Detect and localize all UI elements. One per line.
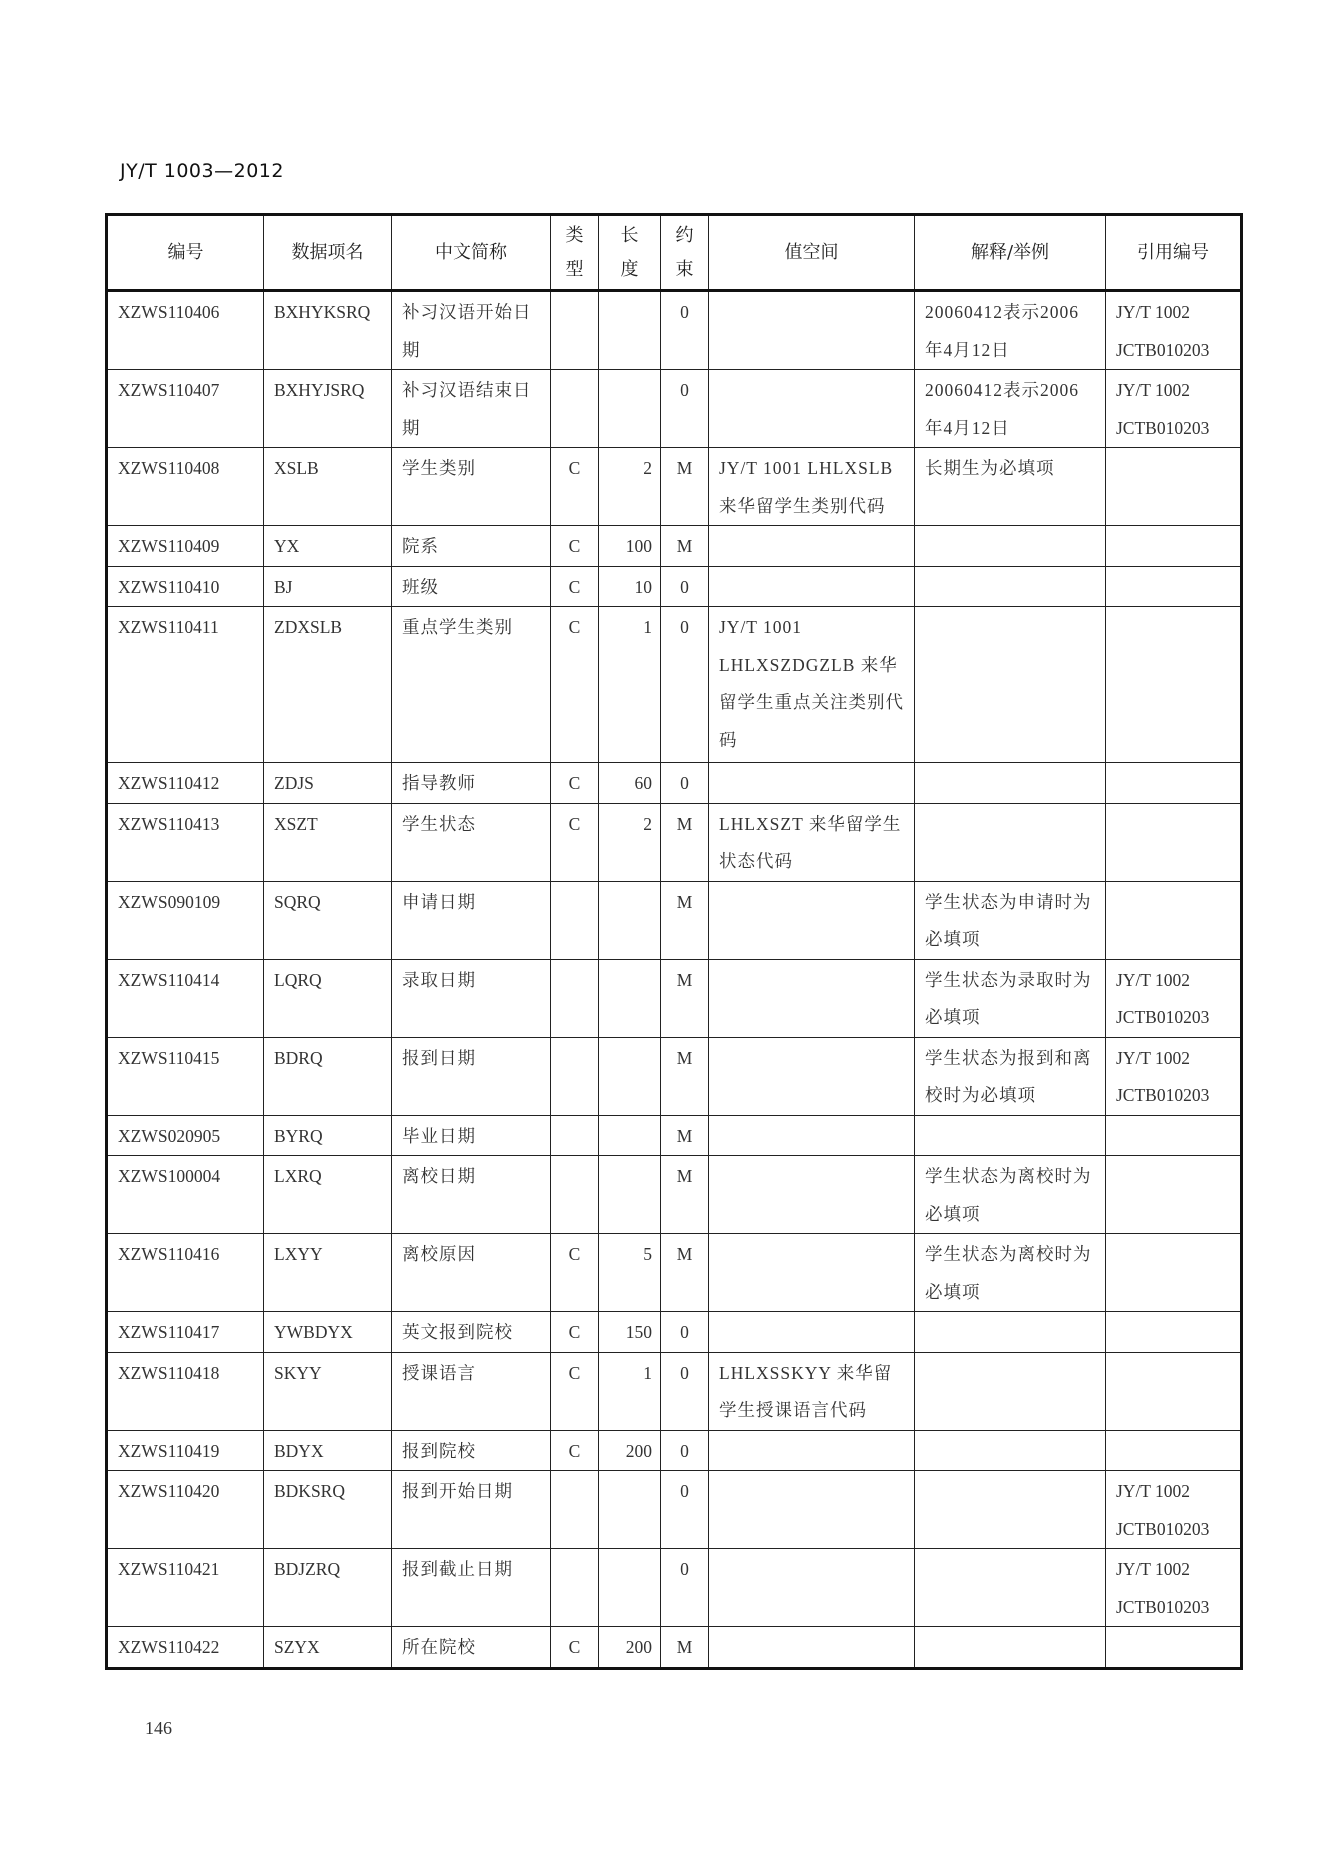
cell-type [551,1549,599,1627]
cell-name: XSLB [264,448,392,526]
column-header-constraint: 约束 [661,215,709,291]
cell-constraint-text: M [661,1156,708,1196]
cell-type-text [551,1038,598,1040]
cell-value-space [709,1037,915,1115]
cell-reference [1106,526,1242,567]
cell-explanation [915,1471,1106,1549]
cell-name: BDKSRQ [264,1471,392,1549]
cell-length: 5 [599,1234,661,1312]
column-header-length: 长度 [599,215,661,291]
cell-id-text: XZWS110418 [108,1353,263,1393]
cell-length-text: 1 [599,607,660,647]
cell-type [551,1115,599,1156]
cell-reference: JY/T 1002 JCTB010203 [1106,370,1242,448]
cell-length [599,1037,661,1115]
cell-name: YX [264,526,392,567]
table-row: XZWS110420BDKSRQ报到开始日期0JY/T 1002 JCTB010… [107,1471,1242,1549]
cell-name: BDRQ [264,1037,392,1115]
cell-constraint: 0 [661,1430,709,1471]
cell-chinese-name-text: 离校日期 [392,1156,550,1196]
cell-explanation [915,1352,1106,1430]
cell-name-text: LXRQ [264,1156,391,1196]
cell-explanation-text: 学生状态为申请时为必填项 [915,882,1105,959]
cell-name-text: LXYY [264,1234,391,1274]
table-row: XZWS020905BYRQ毕业日期M [107,1115,1242,1156]
cell-length-text: 200 [599,1627,660,1667]
cell-explanation [915,1430,1106,1471]
cell-value-space-text [709,1549,914,1551]
cell-type-text: C [551,763,598,803]
cell-reference-text [1106,1312,1240,1314]
cell-chinese-name: 班级 [392,566,551,607]
cell-length-text [599,1038,660,1040]
cell-id: XZWS110419 [107,1430,264,1471]
cell-chinese-name: 补习汉语开始日期 [392,291,551,370]
cell-chinese-name-text: 录取日期 [392,960,550,1000]
cell-constraint: 0 [661,291,709,370]
cell-name: BXHYKSRQ [264,291,392,370]
cell-type: C [551,1430,599,1471]
cell-value-space-text [709,882,914,884]
cell-chinese-name: 学生状态 [392,803,551,881]
cell-id-text: XZWS110407 [108,370,263,410]
cell-constraint: M [661,881,709,959]
cell-chinese-name-text: 英文报到院校 [392,1312,550,1352]
cell-constraint-text: 0 [661,1471,708,1511]
cell-reference-text: JY/T 1002 JCTB010203 [1106,370,1240,447]
cell-value-space-text: LHLXSZT 来华留学生状态代码 [709,804,914,881]
cell-type [551,370,599,448]
cell-chinese-name-text: 报到开始日期 [392,1471,550,1511]
cell-type-text [551,370,598,372]
cell-id: XZWS110414 [107,959,264,1037]
cell-id: XZWS100004 [107,1156,264,1234]
cell-name-text: BDRQ [264,1038,391,1078]
cell-type-text [551,1549,598,1551]
cell-value-space [709,881,915,959]
table-row: XZWS110407BXHYJSRQ补习汉语结束日期020060412表示200… [107,370,1242,448]
cell-value-space [709,959,915,1037]
cell-length-text [599,1549,660,1551]
cell-id: XZWS110408 [107,448,264,526]
cell-reference [1106,803,1242,881]
table-row: XZWS110418SKYY授课语言C10LHLXSSKYY 来华留学生授课语言… [107,1352,1242,1430]
cell-explanation [915,526,1106,567]
cell-value-space-text [709,1116,914,1118]
cell-reference [1106,448,1242,526]
cell-type: C [551,526,599,567]
cell-name: BXHYJSRQ [264,370,392,448]
cell-chinese-name: 报到截止日期 [392,1549,551,1627]
cell-explanation-text [915,1312,1105,1314]
cell-value-space: JY/T 1001 LHLXSZDGZLB 来华留学生重点关注类别代码 [709,607,915,763]
cell-constraint: M [661,526,709,567]
cell-name-text: ZDXSLB [264,607,391,647]
cell-length-text: 2 [599,448,660,488]
cell-id: XZWS110416 [107,1234,264,1312]
cell-explanation [915,1115,1106,1156]
cell-explanation [915,566,1106,607]
column-header-id: 编号 [107,215,264,291]
cell-explanation-text: 20060412表示2006年4月12日 [915,292,1105,369]
cell-type [551,959,599,1037]
cell-explanation: 学生状态为离校时为必填项 [915,1234,1106,1312]
cell-name-text: BXHYJSRQ [264,370,391,410]
cell-constraint: 0 [661,1352,709,1430]
cell-reference-text [1106,804,1240,806]
cell-reference [1106,763,1242,804]
cell-id-text: XZWS110412 [108,763,263,803]
cell-length [599,1156,661,1234]
cell-id-text: XZWS110406 [108,292,263,332]
table-row: XZWS100004LXRQ离校日期M学生状态为离校时为必填项 [107,1156,1242,1234]
cell-reference: JY/T 1002 JCTB010203 [1106,1549,1242,1627]
cell-name: SKYY [264,1352,392,1430]
table-row: XZWS110416LXYY离校原因C5M学生状态为离校时为必填项 [107,1234,1242,1312]
cell-length-text: 10 [599,567,660,607]
cell-length-text [599,960,660,962]
cell-id: XZWS110411 [107,607,264,763]
cell-id: XZWS110421 [107,1549,264,1627]
cell-id: XZWS020905 [107,1115,264,1156]
cell-explanation-text [915,1549,1105,1551]
header-line: 类 [566,225,584,246]
cell-explanation-text: 学生状态为离校时为必填项 [915,1234,1105,1311]
cell-id: XZWS110410 [107,566,264,607]
cell-chinese-name-text: 学生类别 [392,448,550,488]
cell-chinese-name: 离校日期 [392,1156,551,1234]
cell-length [599,1471,661,1549]
cell-explanation: 20060412表示2006年4月12日 [915,370,1106,448]
cell-constraint: 0 [661,566,709,607]
table-header-row: 编号 数据项名 中文简称 类型 长度 约束 值空间 解释/举例 引用编号 [107,215,1242,291]
cell-type-text [551,1471,598,1473]
cell-type [551,1037,599,1115]
cell-id: XZWS090109 [107,881,264,959]
cell-id-text: XZWS110408 [108,448,263,488]
cell-value-space-text [709,763,914,765]
table-row: XZWS110422SZYX所在院校C200M [107,1627,1242,1669]
cell-type-text: C [551,567,598,607]
cell-length [599,370,661,448]
cell-length-text [599,292,660,294]
cell-id-text: XZWS110421 [108,1549,263,1589]
cell-type: C [551,566,599,607]
cell-value-space-text: JY/T 1001 LHLXSLB 来华留学生类别代码 [709,448,914,525]
cell-type: C [551,448,599,526]
cell-chinese-name: 毕业日期 [392,1115,551,1156]
cell-explanation: 学生状态为录取时为必填项 [915,959,1106,1037]
cell-chinese-name-text: 补习汉语结束日期 [392,370,550,447]
cell-value-space-text [709,1038,914,1040]
cell-value-space: LHLXSZT 来华留学生状态代码 [709,803,915,881]
cell-chinese-name: 录取日期 [392,959,551,1037]
cell-chinese-name-text: 报到院校 [392,1431,550,1471]
cell-type [551,1471,599,1549]
cell-reference-text: JY/T 1002 JCTB010203 [1106,960,1240,1037]
cell-chinese-name-text: 院系 [392,526,550,566]
cell-name-text: SQRQ [264,882,391,922]
cell-reference-text [1106,882,1240,884]
cell-name-text: XSZT [264,804,391,844]
cell-type: C [551,1627,599,1669]
cell-chinese-name: 所在院校 [392,1627,551,1669]
cell-type-text: C [551,1312,598,1352]
cell-value-space [709,526,915,567]
cell-reference [1106,1352,1242,1430]
cell-chinese-name: 报到院校 [392,1430,551,1471]
cell-constraint: 0 [661,763,709,804]
cell-chinese-name-text: 补习汉语开始日期 [392,292,550,369]
cell-chinese-name-text: 报到日期 [392,1038,550,1078]
cell-value-space [709,1430,915,1471]
cell-length: 2 [599,448,661,526]
cell-name-text: ZDJS [264,763,391,803]
cell-constraint-text: M [661,1116,708,1156]
cell-reference [1106,1115,1242,1156]
cell-chinese-name: 学生类别 [392,448,551,526]
cell-reference: JY/T 1002 JCTB010203 [1106,1037,1242,1115]
cell-constraint-text: 0 [661,1353,708,1393]
cell-id-text: XZWS110420 [108,1471,263,1511]
cell-length: 1 [599,607,661,763]
column-header-reference: 引用编号 [1106,215,1242,291]
cell-length: 200 [599,1627,661,1669]
cell-value-space-text [709,370,914,372]
cell-explanation-text [915,1471,1105,1473]
cell-constraint-text: 0 [661,1431,708,1471]
cell-id-text: XZWS110411 [108,607,263,647]
cell-id: XZWS110407 [107,370,264,448]
cell-reference [1106,881,1242,959]
cell-reference: JY/T 1002 JCTB010203 [1106,1471,1242,1549]
cell-reference-text [1106,526,1240,528]
cell-value-space [709,1115,915,1156]
cell-constraint: M [661,1115,709,1156]
header-line: 长 [621,225,639,246]
cell-value-space: JY/T 1001 LHLXSLB 来华留学生类别代码 [709,448,915,526]
cell-name: BDYX [264,1430,392,1471]
cell-name: LXYY [264,1234,392,1312]
cell-constraint: 0 [661,1471,709,1549]
cell-explanation: 学生状态为申请时为必填项 [915,881,1106,959]
cell-explanation [915,607,1106,763]
cell-value-space [709,566,915,607]
cell-id-text: XZWS110410 [108,567,263,607]
cell-constraint-text: 0 [661,763,708,803]
cell-length-text [599,1156,660,1158]
cell-constraint-text: M [661,882,708,922]
cell-explanation: 长期生为必填项 [915,448,1106,526]
cell-constraint-text: M [661,960,708,1000]
cell-type: C [551,763,599,804]
cell-reference [1106,1234,1242,1312]
cell-id: XZWS110409 [107,526,264,567]
cell-chinese-name-text: 报到截止日期 [392,1549,550,1589]
cell-value-space-text [709,567,914,569]
cell-explanation: 20060412表示2006年4月12日 [915,291,1106,370]
cell-length [599,881,661,959]
cell-explanation-text [915,526,1105,528]
cell-value-space [709,291,915,370]
cell-explanation-text [915,1431,1105,1433]
table-row: XZWS110409YX院系C100M [107,526,1242,567]
cell-value-space-text [709,1471,914,1473]
cell-type: C [551,607,599,763]
cell-id-text: XZWS110417 [108,1312,263,1352]
cell-length: 60 [599,763,661,804]
cell-explanation-text [915,1116,1105,1118]
table-row: XZWS110421BDJZRQ报到截止日期0JY/T 1002 JCTB010… [107,1549,1242,1627]
cell-name: LQRQ [264,959,392,1037]
table-row: XZWS110415BDRQ报到日期M学生状态为报到和离校时为必填项JY/T 1… [107,1037,1242,1115]
cell-value-space [709,1156,915,1234]
cell-length: 2 [599,803,661,881]
cell-id-text: XZWS110416 [108,1234,263,1274]
cell-name: SZYX [264,1627,392,1669]
cell-constraint: M [661,1234,709,1312]
cell-length-text: 1 [599,1353,660,1393]
cell-id: XZWS110406 [107,291,264,370]
cell-chinese-name-text: 毕业日期 [392,1116,550,1156]
cell-explanation-text [915,567,1105,569]
table-row: XZWS110412ZDJS指导教师C600 [107,763,1242,804]
cell-chinese-name: 离校原因 [392,1234,551,1312]
cell-id-text: XZWS020905 [108,1116,263,1156]
cell-constraint-text: 0 [661,567,708,607]
cell-constraint-text: 0 [661,370,708,410]
cell-id-text: XZWS110415 [108,1038,263,1078]
column-header-type: 类型 [551,215,599,291]
cell-name: LXRQ [264,1156,392,1234]
cell-explanation-text: 长期生为必填项 [915,448,1105,488]
cell-type: C [551,803,599,881]
cell-chinese-name: 重点学生类别 [392,607,551,763]
cell-value-space-text: JY/T 1001 LHLXSZDGZLB 来华留学生重点关注类别代码 [709,607,914,759]
cell-reference-text [1106,607,1240,609]
cell-explanation [915,803,1106,881]
cell-value-space [709,1549,915,1627]
cell-name: SQRQ [264,881,392,959]
cell-name-text: BJ [264,567,391,607]
cell-name-text: BDKSRQ [264,1471,391,1511]
cell-length: 200 [599,1430,661,1471]
cell-length [599,291,661,370]
cell-constraint: M [661,959,709,1037]
cell-type [551,881,599,959]
cell-type-text [551,1116,598,1118]
cell-id-text: XZWS110422 [108,1627,263,1667]
cell-type-text: C [551,448,598,488]
cell-value-space [709,370,915,448]
cell-reference [1106,607,1242,763]
cell-type-text [551,960,598,962]
cell-value-space [709,1471,915,1549]
cell-reference [1106,1430,1242,1471]
cell-id-text: XZWS110419 [108,1431,263,1471]
cell-type-text: C [551,1353,598,1393]
cell-id: XZWS110412 [107,763,264,804]
cell-explanation-text [915,607,1105,609]
cell-type-text: C [551,1627,598,1667]
cell-explanation [915,1549,1106,1627]
table-row: XZWS110417YWBDYX英文报到院校C1500 [107,1312,1242,1353]
cell-name: BJ [264,566,392,607]
cell-value-space-text [709,1431,914,1433]
cell-constraint-text: 0 [661,292,708,332]
cell-length: 10 [599,566,661,607]
cell-length: 1 [599,1352,661,1430]
cell-constraint: 0 [661,607,709,763]
cell-length [599,1549,661,1627]
cell-value-space-text: LHLXSSKYY 来华留学生授课语言代码 [709,1353,914,1430]
cell-type [551,291,599,370]
cell-explanation: 学生状态为报到和离校时为必填项 [915,1037,1106,1115]
cell-length [599,959,661,1037]
cell-reference-text [1106,763,1240,765]
cell-type [551,1156,599,1234]
cell-value-space-text [709,526,914,528]
cell-length-text [599,370,660,372]
cell-chinese-name-text: 重点学生类别 [392,607,550,647]
cell-chinese-name: 补习汉语结束日期 [392,370,551,448]
cell-explanation-text [915,763,1105,765]
cell-name-text: BDJZRQ [264,1549,391,1589]
cell-name-text: SZYX [264,1627,391,1667]
data-element-table: 编号 数据项名 中文简称 类型 长度 约束 值空间 解释/举例 引用编号 XZW… [105,213,1243,1670]
table-row: XZWS110419BDYX报到院校C2000 [107,1430,1242,1471]
header-line: 度 [621,259,639,280]
cell-explanation-text [915,1353,1105,1355]
cell-name-text: BXHYKSRQ [264,292,391,332]
cell-reference-text: JY/T 1002 JCTB010203 [1106,1549,1240,1626]
cell-constraint: M [661,803,709,881]
header-line: 型 [566,259,584,280]
cell-value-space: LHLXSSKYY 来华留学生授课语言代码 [709,1352,915,1430]
cell-name-text: XSLB [264,448,391,488]
cell-chinese-name: 申请日期 [392,881,551,959]
cell-chinese-name: 报到开始日期 [392,1471,551,1549]
cell-chinese-name: 院系 [392,526,551,567]
cell-reference-text [1106,1116,1240,1118]
cell-length-text: 100 [599,526,660,566]
cell-type: C [551,1352,599,1430]
table-row: XZWS110408XSLB学生类别C2MJY/T 1001 LHLXSLB 来… [107,448,1242,526]
header-line: 束 [676,259,694,280]
cell-constraint-text: M [661,804,708,844]
cell-constraint: M [661,448,709,526]
column-header-name: 数据项名 [264,215,392,291]
cell-chinese-name: 报到日期 [392,1037,551,1115]
document-standard-number: JY/T 1003—2012 [120,160,284,182]
cell-constraint-text: 0 [661,1312,708,1352]
cell-id-text: XZWS100004 [108,1156,263,1196]
cell-length-text: 2 [599,804,660,844]
cell-reference-text: JY/T 1002 JCTB010203 [1106,1471,1240,1548]
cell-length: 100 [599,526,661,567]
cell-chinese-name: 英文报到院校 [392,1312,551,1353]
header-line: 约 [676,225,694,246]
column-header-value-space: 值空间 [709,215,915,291]
cell-constraint: 0 [661,1549,709,1627]
table-row: XZWS110414LQRQ录取日期M学生状态为录取时为必填项JY/T 1002… [107,959,1242,1037]
cell-length-text [599,882,660,884]
cell-id-text: XZWS110409 [108,526,263,566]
cell-name: BYRQ [264,1115,392,1156]
cell-id-text: XZWS110413 [108,804,263,844]
cell-chinese-name: 指导教师 [392,763,551,804]
cell-chinese-name-text: 班级 [392,567,550,607]
